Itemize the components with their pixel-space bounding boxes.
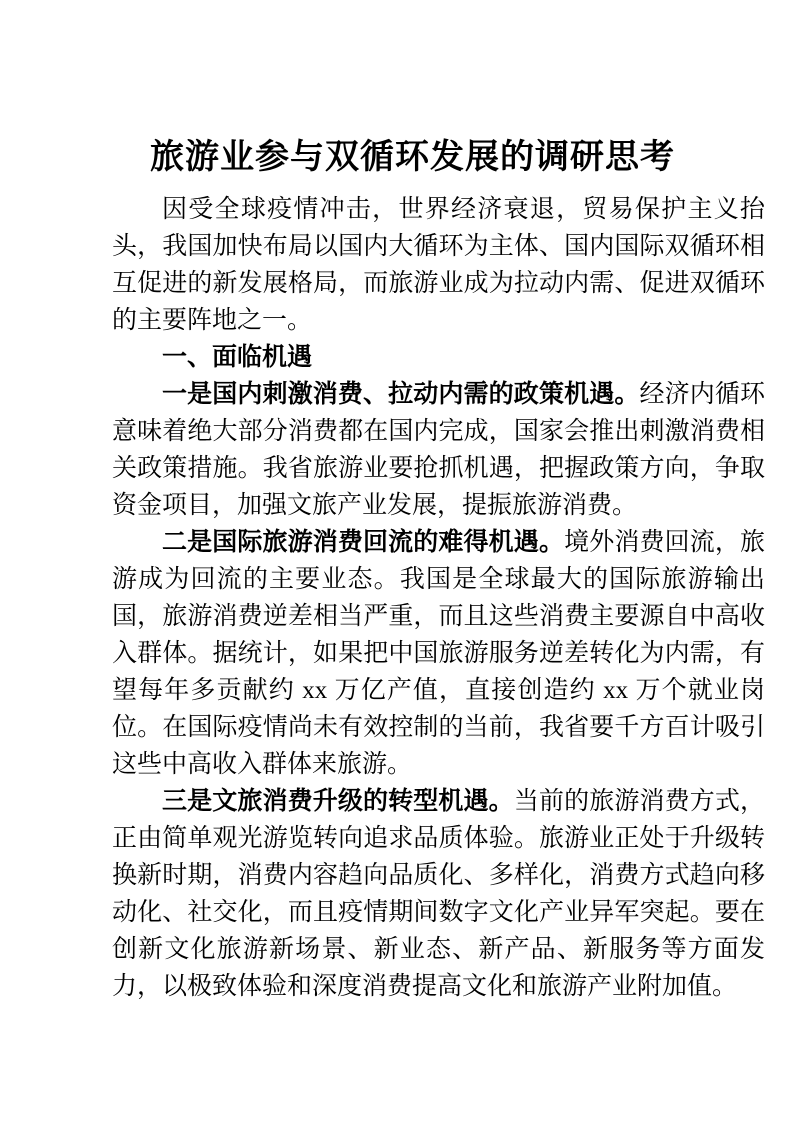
point-lead-1: 一是国内刺激消费、拉动内需的政策机遇。 xyxy=(162,381,639,408)
point-paragraph-3: 三是文旅消费升级的转型机遇。当前的旅游消费方式，正由简单观光游览转向追求品质体验… xyxy=(112,783,765,1005)
intro-paragraph: 因受全球疫情冲击，世界经济衰退，贸易保护主义抬头，我国加快布局以国内大循环为主体… xyxy=(112,191,765,339)
point-text-3: 当前的旅游消费方式，正由简单观光游览转向追求品质体验。旅游业正处于升级转换新时期… xyxy=(112,788,765,1000)
section-heading-opportunities: 一、面临机遇 xyxy=(112,339,765,376)
point-text-2: 境外消费回流，旅游成为回流的主要业态。我国是全球最大的国际旅游输出国，旅游消费逆… xyxy=(112,529,765,778)
point-lead-2: 二是国际旅游消费回流的难得机遇。 xyxy=(162,529,564,556)
point-paragraph-1: 一是国内刺激消费、拉动内需的政策机遇。经济内循环意味着绝大部分消费都在国内完成，… xyxy=(112,376,765,524)
document-page: 旅游业参与双循环发展的调研思考 因受全球疫情冲击，世界经济衰退，贸易保护主义抬头… xyxy=(0,0,793,1122)
point-lead-3: 三是文旅消费升级的转型机遇。 xyxy=(162,788,514,815)
document-title: 旅游业参与双循环发展的调研思考 xyxy=(112,133,713,181)
point-paragraph-2: 二是国际旅游消费回流的难得机遇。境外消费回流，旅游成为回流的主要业态。我国是全球… xyxy=(112,524,765,783)
document-body: 因受全球疫情冲击，世界经济衰退，贸易保护主义抬头，我国加快布局以国内大循环为主体… xyxy=(112,191,765,1005)
